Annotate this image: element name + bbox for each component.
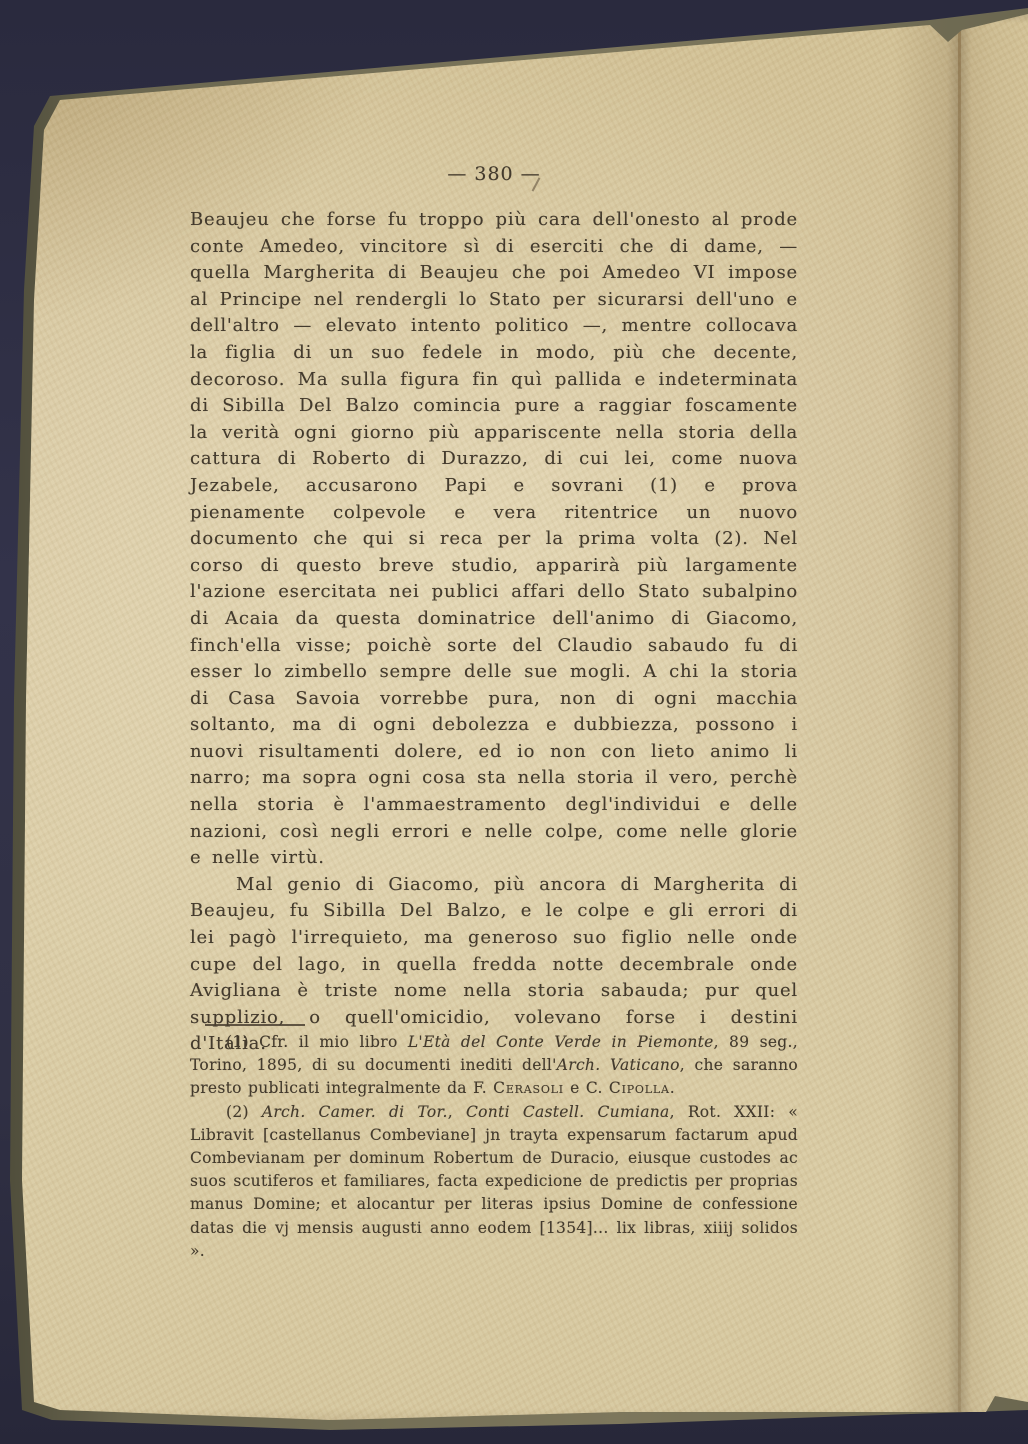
footnote-paragraph: (2) Arch. Camer. di Tor., Conti Castell.… [190, 1101, 798, 1263]
scanned-book-photo: — 380 — Beaujeu che forse fu troppo più … [0, 0, 1028, 1444]
page-number: — 380 — [190, 163, 798, 185]
gutter-crease-line [958, 0, 961, 1444]
footnote-separator-rule [205, 1024, 305, 1026]
footnote-paragraph: (1) Cfr. il mio libro L'Età del Conte Ve… [190, 1031, 798, 1101]
footnotes: (1) Cfr. il mio libro L'Età del Conte Ve… [190, 1031, 798, 1263]
body-paragraph: Beaujeu che forse fu troppo più cara del… [190, 207, 798, 872]
body-text: Beaujeu che forse fu troppo più cara del… [190, 207, 798, 1058]
